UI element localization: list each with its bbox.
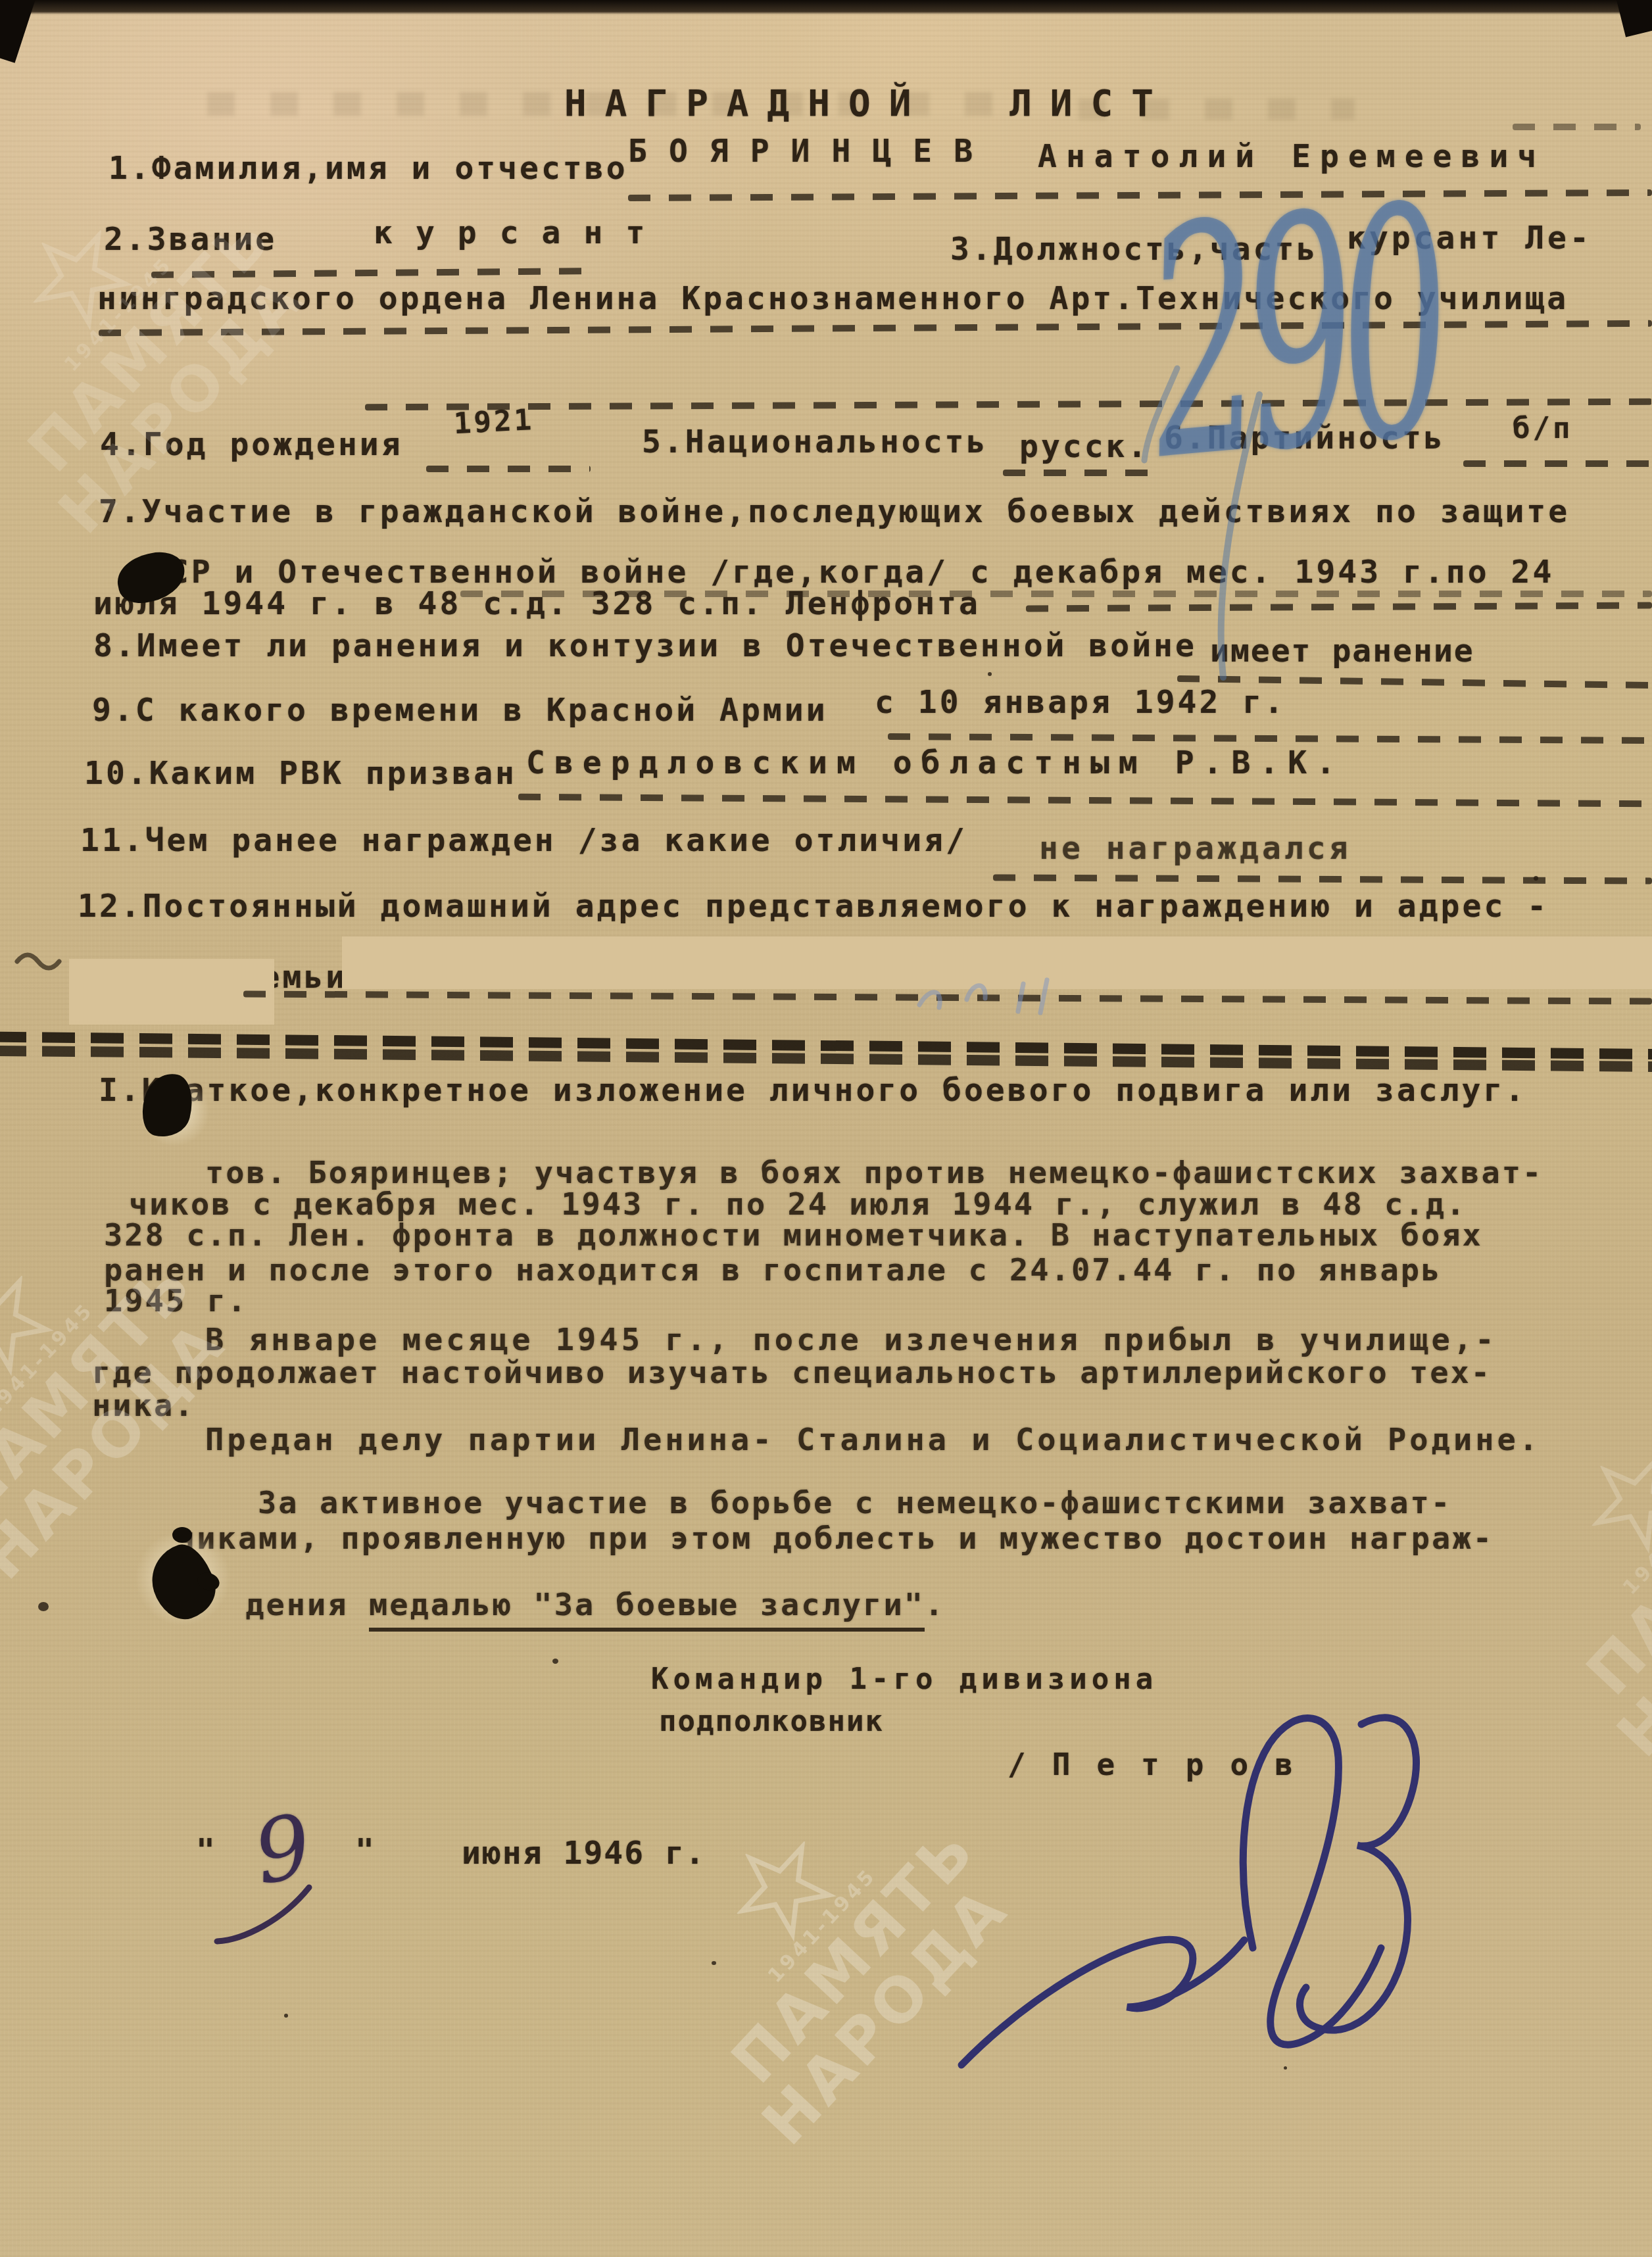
field9-label: 9.С какого времени в Красной Армии (92, 694, 828, 726)
citation-paragraph1-line: 328 с.п. Лен. фронта в должности миномет… (104, 1220, 1483, 1251)
dash-fill (426, 466, 591, 472)
page-number-stamp: 290 (1134, 139, 1451, 531)
dash-fill (365, 399, 1652, 411)
field8-value: имеет ранение (1210, 635, 1474, 667)
field5-label: 5.Национальность (642, 426, 988, 458)
scan-edge-top (0, 0, 1652, 14)
paper-speck (712, 1961, 716, 1965)
citation-paragraph4-line: За активное участие в борьбе с немецко-ф… (258, 1488, 1451, 1518)
watermark-line2: НАРОДА (730, 1852, 1042, 2179)
section1-heading: I.Краткое,конкретное изложение личного б… (99, 1075, 1526, 1106)
date-month-year: июня 1946 г. (462, 1837, 706, 1869)
watermark-years: 1941-1945 (1552, 1405, 1652, 1670)
signer-role-line2: подполковник (659, 1707, 884, 1736)
field12-label: 12.Постоянный домашний адрес представляе… (78, 890, 1549, 922)
dash-fill (151, 268, 598, 278)
watermark: 1941-1945 ПАМЯТЬ НАРОДА (629, 1729, 1041, 2146)
star-icon (0, 1252, 69, 1392)
redacted-address-block (342, 936, 1652, 989)
field10-value: Свердловским областным Р.В.К. (526, 747, 1344, 779)
paper-speck (1534, 876, 1538, 881)
scan-edge-corner-right (1614, 0, 1652, 37)
watermark-line1: ПАМЯТЬ (714, 1808, 994, 2102)
field8-label: 8.Имеет ли ранения и контузии в Отечеств… (93, 630, 1197, 662)
paper-speck (1284, 2066, 1287, 2070)
document-title: НАГРАДНОЙ ЛИСТ (564, 85, 1172, 122)
field4-value: 1921 (453, 406, 535, 439)
field11-label: 11.Чем ранее награжден /за какие отличия… (80, 825, 967, 856)
star-icon (712, 1818, 852, 1957)
star-icon (1567, 1430, 1652, 1569)
field5-value: русск. (1019, 431, 1149, 462)
citation-paragraph3: Предан делу партии Ленина- Сталина и Соц… (205, 1424, 1541, 1455)
paper-speck (552, 1659, 558, 1664)
field1-label: 1.Фамилия,имя и отчество (109, 153, 628, 184)
signer-name-typed: /Петров (1008, 1749, 1319, 1780)
citation-paragraph1-line: 1945 г. (104, 1286, 248, 1317)
dash-fill (1026, 602, 1652, 612)
watermark-line2: НАРОДА (1585, 1464, 1652, 1791)
signer-role-line1: Командир 1-го дивизиона (651, 1665, 1157, 1694)
field11-value: не награждался (1039, 833, 1351, 864)
field1-surname: БОЯРИНЦЕВ (628, 135, 994, 167)
citation-paragraph4-suffix: . (925, 1587, 945, 1623)
dash-fill (1463, 460, 1652, 467)
field4-label: 4.Год рождения (100, 429, 403, 460)
field7-line3: июля 1944 г. в 48 с.д. 328 с.п. Ленфронт… (93, 588, 981, 619)
dash-fill (1003, 470, 1161, 476)
award-sheet-scan: НАГРАДНОЙ ЛИСТ 1.Фамилия,имя и отчество … (0, 0, 1652, 2257)
citation-paragraph1-line: чиков с декабря мес. 1943 г. по 24 июля … (129, 1189, 1467, 1220)
field2-value: курсант (374, 217, 668, 249)
dash-fill (243, 990, 1652, 1004)
dash-fill (888, 733, 1652, 744)
field2-label: 2.Звание (104, 224, 277, 255)
paper-speck (38, 1602, 49, 1611)
citation-paragraph4-prefix: дения (245, 1587, 369, 1623)
citation-paragraph4-line: дения медалью "За боевые заслуги". (163, 1559, 945, 1651)
citation-paragraph1-line: ранен и после этого находится в госпитал… (104, 1255, 1442, 1286)
paper-speck (284, 2014, 288, 2018)
citation-paragraph1-line: тов. Бояринцев; участвуя в боях против н… (205, 1157, 1543, 1188)
watermark-years: 1941-1945 (697, 1793, 947, 2058)
ink-blot (172, 1527, 192, 1543)
citation-paragraph2-line: В январе месяце 1945 г., после излечения… (205, 1324, 1497, 1355)
date-quote-open: " (196, 1835, 218, 1866)
dash-fill (1513, 124, 1641, 130)
date-quote-close: " (355, 1835, 377, 1866)
paper-speck (988, 672, 992, 676)
field6-value: б/п (1513, 414, 1572, 443)
citation-paragraph2-line: где продолжает настойчиво изучать специа… (92, 1357, 1492, 1388)
watermark: 1941-1945 ПАМЯТЬ НАРОДА (1484, 1341, 1652, 1758)
field10-label: 10.Каким РВК призван (84, 758, 517, 789)
field9-value: с 10 января 1942 г. (875, 687, 1286, 718)
dash-fill (993, 874, 1652, 884)
citation-paragraph4-line: чиками, проявленную при этом доблесть и … (176, 1523, 1494, 1554)
citation-paragraph2-line: ника. (92, 1390, 195, 1421)
medal-name-underlined: медалью "За боевые заслуги" (369, 1587, 925, 1632)
watermark-line1: ПАМЯТЬ (1569, 1420, 1652, 1714)
dash-fill (518, 794, 1652, 808)
field7-line2: СССР и Отечественной войне /где,когда/ с… (126, 556, 1554, 588)
date-day-handwritten: 9 (247, 1795, 318, 1905)
paper-speck (462, 422, 465, 425)
